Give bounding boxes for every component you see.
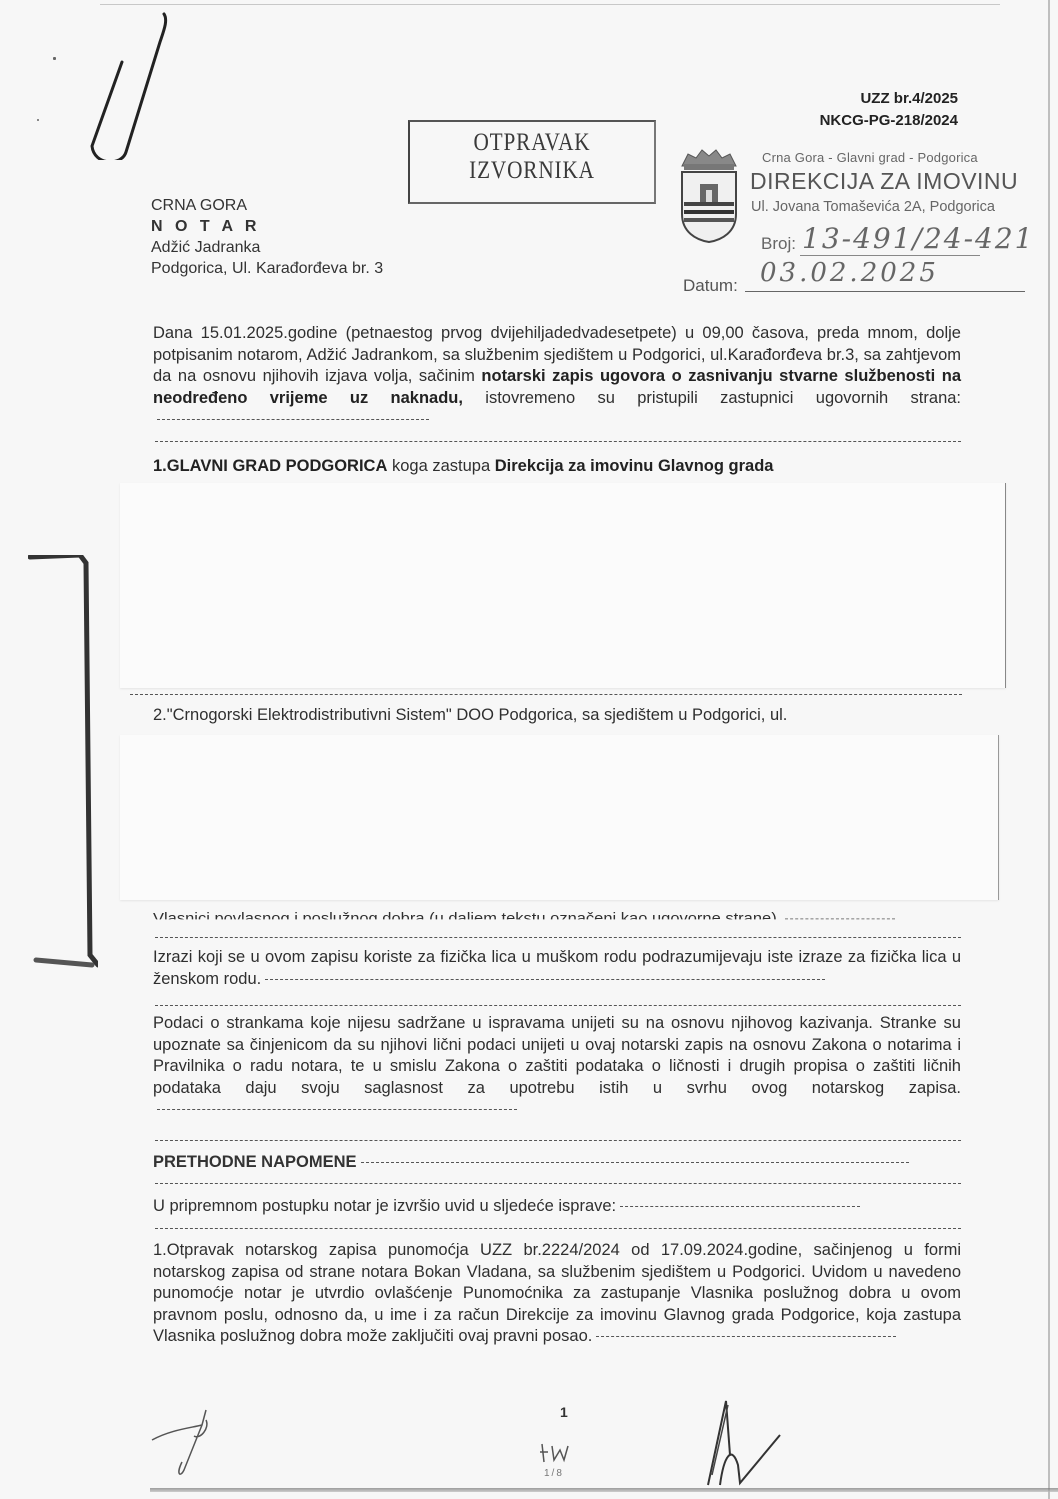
uzz-number: UZZ br.4/2025	[820, 88, 958, 110]
margin-bracket-mark	[28, 555, 98, 975]
party-1-representative: Direkcija za imovinu Glavnog grada	[495, 457, 774, 475]
dash-filler	[265, 979, 825, 980]
document-item-1: 1.Otpravak notarskog zapisa punomoćja UZ…	[153, 1240, 961, 1348]
partial-line-text: Vlasnici povlasnog i poslužnog dobra (u …	[153, 910, 781, 919]
party-2-line: 2."Crnogorski Elektrodistributivni Siste…	[153, 705, 961, 727]
paperclip-icon	[84, 10, 174, 160]
dash-separator	[155, 1228, 961, 1229]
dash-separator	[155, 1183, 961, 1184]
data-clause-text: Podaci o strankama koje nijesu sadržane …	[153, 1014, 961, 1097]
otpravak-izvornika-stamp: OTPRAVAK IZVORNIKA	[408, 120, 656, 204]
datum-underline	[745, 291, 1025, 292]
redacted-block	[120, 735, 999, 900]
dash-filler	[157, 419, 429, 420]
preliminary-text: U pripremnom postupku notar je izvršio u…	[153, 1197, 616, 1215]
dash-separator	[155, 937, 961, 938]
intro-end: istovremeno su pristupili zastupnici ugo…	[463, 389, 961, 407]
party-2-text: 2."Crnogorski Elektrodistributivni Siste…	[153, 706, 787, 724]
page-sub-mark: 1/8	[544, 1468, 564, 1479]
stamp-line-2: IZVORNIKA	[428, 157, 635, 185]
dash-separator	[155, 1005, 961, 1006]
direkcija-header: Crna Gora - Glavni grad - Podgorica	[762, 150, 978, 165]
redacted-block	[120, 483, 1006, 688]
page-number: 1	[560, 1404, 568, 1420]
broj-handwritten-value: 13-491/24-421	[802, 222, 1035, 255]
dash-separator	[155, 441, 961, 442]
section-heading-line: PRETHODNE NAPOMENE	[153, 1152, 961, 1174]
preliminary-line: U pripremnom postupku notar je izvršio u…	[153, 1196, 961, 1218]
party-1-line: 1.GLAVNI GRAD PODGORICA koga zastupa Dir…	[153, 456, 961, 478]
document-page: OTPRAVAK IZVORNIKA UZZ br.4/2025 NKCG-PG…	[0, 0, 1058, 1499]
dash-separator	[155, 1140, 961, 1141]
party-1-text: koga zastupa	[387, 457, 494, 475]
direkcija-title: DIREKCIJA ZA IMOVINU	[750, 168, 1018, 195]
gender-clause: Izrazi koji se u ovom zapisu koriste za …	[153, 947, 961, 990]
broj-label: Broj:	[761, 234, 796, 254]
item-1-text: 1.Otpravak notarskog zapisa punomoćja UZ…	[153, 1241, 961, 1345]
notary-address: Podgorica, Ul. Karađorđeva br. 3	[151, 258, 383, 279]
dash-separator	[130, 694, 962, 695]
notary-header: CRNA GORA N O T A R Adžić Jadranka Podgo…	[151, 195, 383, 279]
document-references: UZZ br.4/2025 NKCG-PG-218/2024	[820, 88, 958, 132]
party-1-name: 1.GLAVNI GRAD PODGORICA	[153, 457, 387, 475]
data-protection-clause: Podaci o strankama koje nijesu sadržane …	[153, 1013, 961, 1121]
partially-obscured-line: Vlasnici povlasnog i poslužnog dobra (u …	[153, 905, 961, 919]
direkcija-address: Ul. Jovana Tomaševića 2A, Podgorica	[751, 199, 995, 215]
signature-right	[690, 1395, 800, 1495]
datum-label: Datum:	[683, 276, 738, 296]
scan-speck	[53, 57, 56, 60]
dash-filler	[596, 1336, 896, 1337]
page-bottom-edge	[150, 1488, 1058, 1492]
intro-paragraph: Dana 15.01.2025.godine (petnaestog prvog…	[153, 323, 961, 431]
stamp-line-1: OTPRAVAK	[428, 129, 635, 157]
notary-country: CRNA GORA	[151, 195, 383, 216]
page-edge	[1048, 0, 1050, 1499]
section-heading: PRETHODNE NAPOMENE	[153, 1153, 357, 1171]
signature-left	[150, 1400, 230, 1480]
notary-role: N O T A R	[151, 216, 383, 237]
notary-name: Adžić Jadranka	[151, 237, 383, 258]
broj-underline	[800, 255, 980, 256]
dash-filler	[361, 1162, 909, 1163]
dash-filler	[785, 919, 895, 920]
gender-clause-text: Izrazi koji se u ovom zapisu koriste za …	[153, 948, 961, 988]
nkcg-number: NKCG-PG-218/2024	[820, 110, 958, 132]
dash-filler	[620, 1206, 860, 1207]
scan-speck	[37, 119, 39, 121]
datum-handwritten-value: 03.02.2025	[760, 258, 939, 288]
page-edge	[100, 4, 1000, 5]
dash-filler	[157, 1109, 517, 1110]
coat-of-arms-icon	[678, 148, 740, 244]
initials-mark	[538, 1440, 578, 1464]
